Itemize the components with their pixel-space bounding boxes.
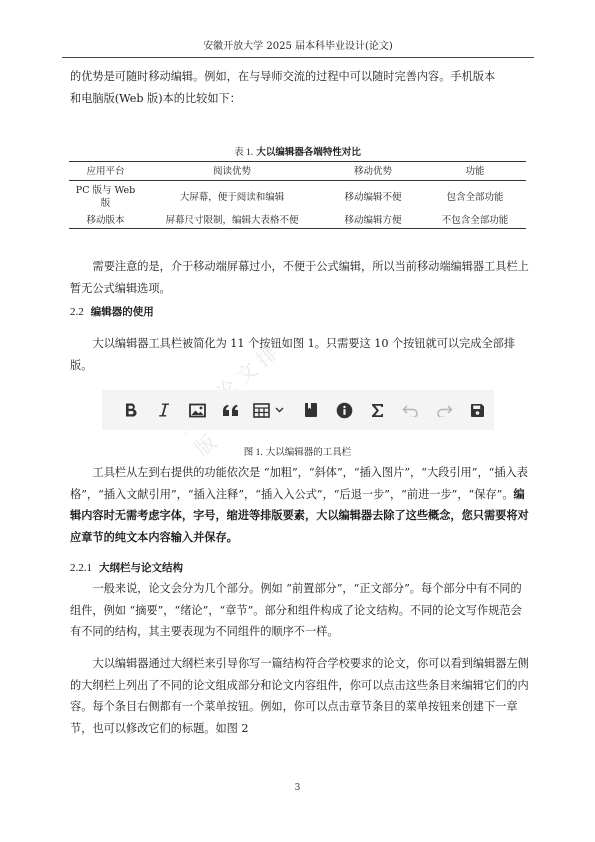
table-row: 移动版本 屏幕尺寸限制，编辑大表格不便 移动编辑方便 不包含全部功能 — [69, 213, 526, 228]
undo-icon — [402, 404, 419, 417]
formula-button[interactable] — [361, 390, 394, 430]
section-title: 编辑器的使用 — [91, 306, 154, 318]
quote-icon — [222, 404, 239, 417]
table-header-cell: 应用平台 — [69, 162, 142, 181]
document-page: 安徽开放大学 2025 届本科毕业设计(论文) 的优势是可随时移动编辑。例如，在… — [0, 0, 595, 842]
table-caption-text: 大以编辑器各端特性对比 — [256, 147, 361, 158]
table-cell: 大屏幕，便于阅读和编辑 — [142, 181, 322, 214]
table-cell: 包含全部功能 — [424, 181, 526, 214]
toolbar-description-paragraph: 工具栏从左到右提供的功能依次是 “加粗”，“斜体”，“插入图片”，“大段引用”，… — [70, 462, 530, 548]
figure-caption: 图 1. 大以编辑器的工具栏 — [0, 446, 595, 460]
table-icon — [253, 403, 270, 418]
insert-image-button[interactable] — [181, 390, 214, 430]
comparison-table: 应用平台 阅读优势 移动优势 功能 PC 版与 Web 版 大屏幕，便于阅读和编… — [69, 161, 526, 229]
table-row: PC 版与 Web 版 大屏幕，便于阅读和编辑 移动编辑不便 包含全部功能 — [69, 181, 526, 214]
section-number: 2.2.1 — [70, 562, 92, 574]
table-cell: 移动编辑不便 — [322, 181, 424, 214]
book-icon — [304, 402, 318, 418]
italic-icon — [156, 402, 172, 418]
sigma-icon — [371, 403, 384, 418]
annotation-button[interactable] — [328, 390, 361, 430]
section-number: 2.2 — [70, 306, 84, 318]
table-header-row: 应用平台 阅读优势 移动优势 功能 — [69, 162, 526, 181]
note-paragraph: 需要注意的是，介于移动端屏幕过小，不便于公式编辑，所以当前移动端编辑器工具栏上暂… — [70, 256, 530, 299]
editor-toolbar-figure — [102, 390, 494, 430]
italic-button[interactable] — [147, 390, 180, 430]
save-button[interactable] — [461, 390, 494, 430]
toolbar-description-text: 工具栏从左到右提供的功能依次是 “加粗”，“斜体”，“插入图片”，“大段引用”，… — [70, 466, 528, 501]
section-title: 大纲栏与论文结构 — [99, 562, 183, 574]
table-cell: 屏幕尺寸限制，编辑大表格不便 — [142, 213, 322, 228]
section-heading-2-2: 2.2 编辑器的使用 — [70, 304, 154, 320]
table-header-cell: 阅读优势 — [142, 162, 322, 181]
section-heading-2-2-1: 2.2.1 大纲栏与论文结构 — [70, 560, 183, 576]
outline-paragraph-2: 大以编辑器通过大纲栏来引导你写一篇结构符合学校要求的论文，你可以看到编辑器左侧的… — [70, 653, 530, 739]
intro-line-2: 和电脑版(Web 版)本的比较如下： — [70, 92, 241, 105]
figure-caption-number: 图 1. — [244, 448, 263, 458]
citation-button[interactable] — [294, 390, 327, 430]
redo-icon — [436, 404, 453, 417]
running-header: 安徽开放大学 2025 届本科毕业设计(论文) — [62, 40, 534, 58]
section-2-2-paragraph: 大以编辑器工具栏被简化为 11 个按钮如图 1。只需要这 10 个按钮就可以完成… — [70, 333, 530, 376]
bold-icon — [123, 402, 139, 418]
info-icon — [336, 402, 353, 419]
table-cell: 移动版本 — [69, 213, 142, 228]
redo-button[interactable] — [427, 390, 460, 430]
table-cell: PC 版与 Web 版 — [69, 181, 142, 214]
blockquote-button[interactable] — [214, 390, 247, 430]
table-header-cell: 功能 — [424, 162, 526, 181]
intro-paragraph: 的优势是可随时移动编辑。例如，在与导师交流的过程中可以随时完善内容。手机版本 和… — [70, 66, 530, 109]
table-caption: 表 1. 大以编辑器各端特性对比 — [0, 146, 595, 160]
image-icon — [189, 403, 206, 418]
page-number: 3 — [0, 783, 595, 793]
outline-paragraph-1: 一般来说，论文会分为几个部分。例如 “前置部分”，“正文部分”。每个部分中有不同… — [70, 578, 530, 643]
figure-caption-text: 大以编辑器的工具栏 — [266, 447, 352, 458]
table-caption-number: 表 1. — [234, 148, 253, 158]
save-icon — [470, 403, 485, 418]
bold-button[interactable] — [114, 390, 147, 430]
intro-line-1: 的优势是可随时移动编辑。例如，在与导师交流的过程中可以随时完善内容。手机版本 — [70, 70, 495, 83]
table-cell: 移动编辑方便 — [322, 213, 424, 228]
undo-button[interactable] — [394, 390, 427, 430]
table-header-cell: 移动优势 — [322, 162, 424, 181]
chevron-down-icon[interactable] — [275, 407, 284, 413]
table-cell: 不包含全部功能 — [424, 213, 526, 228]
insert-table-button[interactable] — [247, 390, 290, 430]
